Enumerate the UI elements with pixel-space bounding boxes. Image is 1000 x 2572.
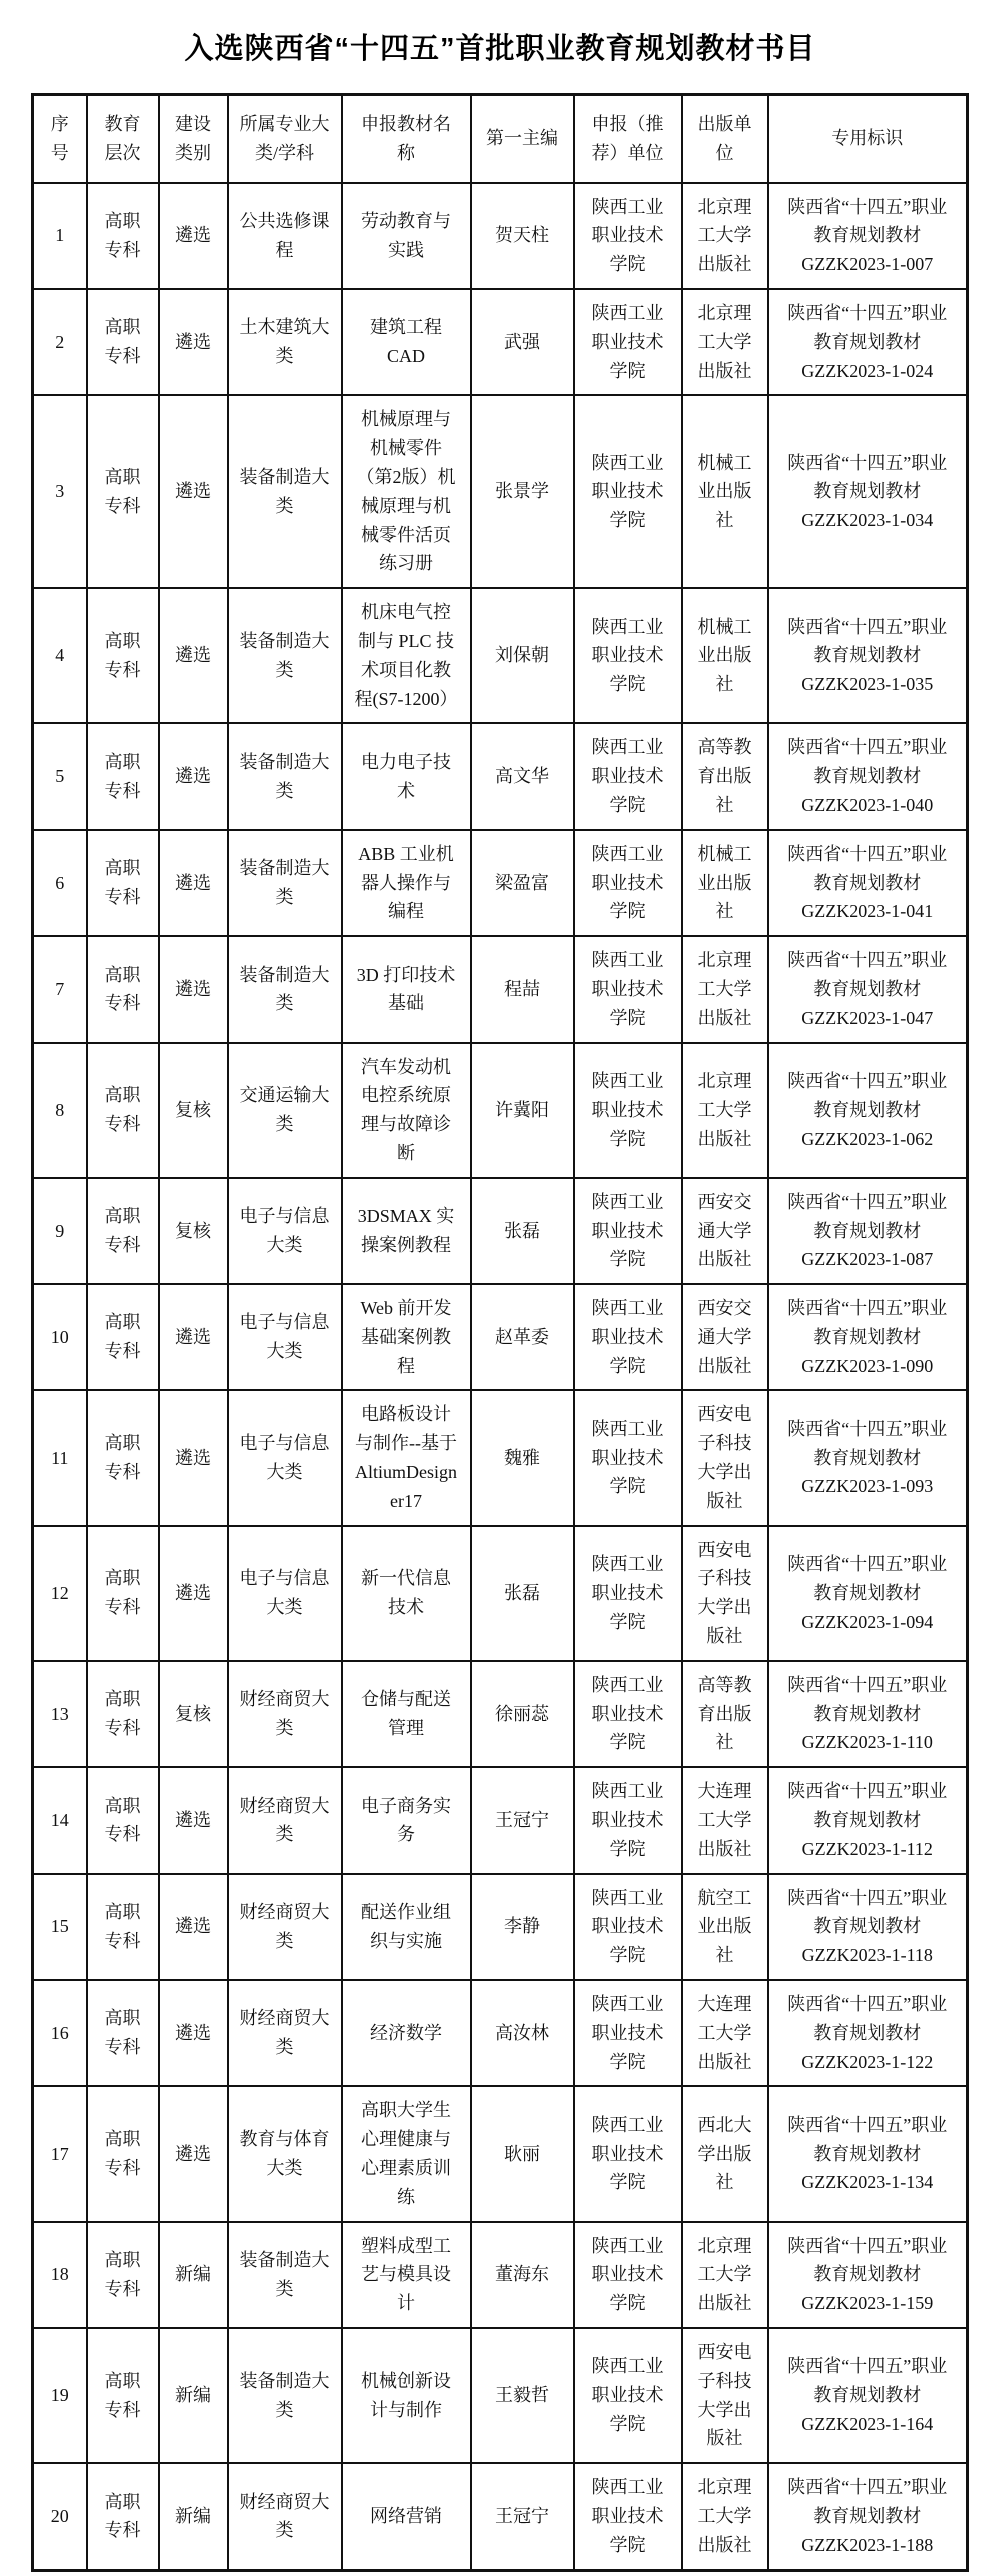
- cell-applying-unit: 陕西工业职业技术学院: [574, 1178, 682, 1284]
- cell-special-mark: 陕西省“十四五”职业教育规划教材GZZK2023-1-134: [768, 2086, 968, 2221]
- table-row: 4高职专科遴选装备制造大类机床电气控制与 PLC 技术项目化教程(S7-1200…: [33, 588, 968, 723]
- cell-major-category: 教育与体育大类: [228, 2086, 342, 2221]
- cell-publishing-unit: 大连理工大学出版社: [682, 1980, 768, 2086]
- cell-serial-number: 17: [33, 2086, 87, 2221]
- table-row: 5高职专科遴选装备制造大类电力电子技术高文华陕西工业职业技术学院高等教育出版社陕…: [33, 723, 968, 829]
- cell-textbook-name: 高职大学生心理健康与心理素质训练: [342, 2086, 471, 2221]
- cell-special-mark: 陕西省“十四五”职业教育规划教材GZZK2023-1-035: [768, 588, 968, 723]
- table-row: 16高职专科遴选财经商贸大类经济数学高汝林陕西工业职业技术学院大连理工大学出版社…: [33, 1980, 968, 2086]
- cell-applying-unit: 陕西工业职业技术学院: [574, 588, 682, 723]
- cell-serial-number: 15: [33, 1874, 87, 1980]
- cell-education-level: 高职专科: [87, 588, 159, 723]
- special-mark-text: 陕西省“十四五”职业教育规划教材: [787, 1071, 947, 1120]
- cell-serial-number: 4: [33, 588, 87, 723]
- cell-applying-unit: 陕西工业职业技术学院: [574, 289, 682, 395]
- table-row: 8高职专科复核交通运输大类汽车发动机电控系统原理与故障诊断许冀阳陕西工业职业技术…: [33, 1043, 968, 1178]
- cell-textbook-name: 机械原理与机械零件（第2版）机械原理与机械零件活页练习册: [342, 395, 471, 588]
- special-mark-text: 陕西省“十四五”职业教育规划教材: [787, 2236, 947, 2285]
- cell-major-category: 电子与信息大类: [228, 1284, 342, 1390]
- cell-textbook-name: 3DSMAX 实操案例教程: [342, 1178, 471, 1284]
- special-mark-code: GZZK2023-1-062: [785, 1125, 951, 1154]
- cell-publishing-unit: 北京理工大学出版社: [682, 183, 768, 289]
- cell-chief-editor: 张磊: [471, 1526, 574, 1661]
- cell-build-category: 新编: [159, 2463, 228, 2570]
- cell-education-level: 高职专科: [87, 395, 159, 588]
- cell-applying-unit: 陕西工业职业技术学院: [574, 2463, 682, 2570]
- table-row: 17高职专科遴选教育与体育大类高职大学生心理健康与心理素质训练耿丽陕西工业职业技…: [33, 2086, 968, 2221]
- special-mark-code: GZZK2023-1-035: [785, 670, 951, 699]
- cell-chief-editor: 高文华: [471, 723, 574, 829]
- special-mark-text: 陕西省“十四五”职业教育规划教材: [787, 1419, 947, 1468]
- header-applying-unit: 申报（推荐）单位: [574, 95, 682, 183]
- header-education-level: 教育层次: [87, 95, 159, 183]
- cell-chief-editor: 梁盈富: [471, 830, 574, 936]
- table-row: 13高职专科复核财经商贸大类仓储与配送管理徐丽蕊陕西工业职业技术学院高等教育出版…: [33, 1661, 968, 1767]
- cell-education-level: 高职专科: [87, 936, 159, 1042]
- cell-special-mark: 陕西省“十四五”职业教育规划教材GZZK2023-1-118: [768, 1874, 968, 1980]
- cell-textbook-name: 劳动教育与实践: [342, 183, 471, 289]
- cell-major-category: 装备制造大类: [228, 588, 342, 723]
- special-mark-code: GZZK2023-1-047: [785, 1004, 951, 1033]
- table-row: 7高职专科遴选装备制造大类3D 打印技术基础程喆陕西工业职业技术学院北京理工大学…: [33, 936, 968, 1042]
- cell-special-mark: 陕西省“十四五”职业教育规划教材GZZK2023-1-122: [768, 1980, 968, 2086]
- cell-major-category: 装备制造大类: [228, 936, 342, 1042]
- cell-build-category: 遴选: [159, 1874, 228, 1980]
- special-mark-text: 陕西省“十四五”职业教育规划教材: [787, 2115, 947, 2164]
- cell-education-level: 高职专科: [87, 2086, 159, 2221]
- cell-education-level: 高职专科: [87, 289, 159, 395]
- cell-build-category: 遴选: [159, 2086, 228, 2221]
- cell-major-category: 财经商贸大类: [228, 1661, 342, 1767]
- cell-publishing-unit: 大连理工大学出版社: [682, 1767, 768, 1873]
- table-row: 3高职专科遴选装备制造大类机械原理与机械零件（第2版）机械原理与机械零件活页练习…: [33, 395, 968, 588]
- cell-education-level: 高职专科: [87, 723, 159, 829]
- cell-major-category: 装备制造大类: [228, 395, 342, 588]
- cell-special-mark: 陕西省“十四五”职业教育规划教材GZZK2023-1-164: [768, 2328, 968, 2463]
- cell-chief-editor: 刘保朝: [471, 588, 574, 723]
- cell-publishing-unit: 北京理工大学出版社: [682, 289, 768, 395]
- cell-textbook-name: 塑料成型工艺与模具设计: [342, 2222, 471, 2328]
- cell-build-category: 遴选: [159, 588, 228, 723]
- header-textbook-name: 申报教材名称: [342, 95, 471, 183]
- cell-build-category: 新编: [159, 2222, 228, 2328]
- cell-chief-editor: 王冠宁: [471, 1767, 574, 1873]
- cell-textbook-name: 电路板设计与制作--基于AltiumDesigner17: [342, 1390, 471, 1525]
- cell-textbook-name: 新一代信息技术: [342, 1526, 471, 1661]
- cell-applying-unit: 陕西工业职业技术学院: [574, 1661, 682, 1767]
- cell-chief-editor: 许冀阳: [471, 1043, 574, 1178]
- special-mark-text: 陕西省“十四五”职业教育规划教材: [787, 1994, 947, 2043]
- cell-serial-number: 11: [33, 1390, 87, 1525]
- cell-major-category: 电子与信息大类: [228, 1390, 342, 1525]
- cell-education-level: 高职专科: [87, 183, 159, 289]
- cell-publishing-unit: 西安交通大学出版社: [682, 1284, 768, 1390]
- cell-textbook-name: Web 前开发基础案例教程: [342, 1284, 471, 1390]
- cell-build-category: 遴选: [159, 723, 228, 829]
- cell-education-level: 高职专科: [87, 1980, 159, 2086]
- cell-special-mark: 陕西省“十四五”职业教育规划教材GZZK2023-1-094: [768, 1526, 968, 1661]
- cell-special-mark: 陕西省“十四五”职业教育规划教材GZZK2023-1-090: [768, 1284, 968, 1390]
- header-major-category: 所属专业大类/学科: [228, 95, 342, 183]
- cell-special-mark: 陕西省“十四五”职业教育规划教材GZZK2023-1-188: [768, 2463, 968, 2570]
- special-mark-text: 陕西省“十四五”职业教育规划教材: [787, 617, 947, 666]
- cell-serial-number: 14: [33, 1767, 87, 1873]
- cell-major-category: 财经商贸大类: [228, 1874, 342, 1980]
- special-mark-text: 陕西省“十四五”职业教育规划教材: [787, 1675, 947, 1724]
- special-mark-text: 陕西省“十四五”职业教育规划教材: [787, 2356, 947, 2405]
- cell-education-level: 高职专科: [87, 2463, 159, 2570]
- cell-textbook-name: ABB 工业机器人操作与编程: [342, 830, 471, 936]
- cell-chief-editor: 程喆: [471, 936, 574, 1042]
- cell-education-level: 高职专科: [87, 1526, 159, 1661]
- cell-serial-number: 20: [33, 2463, 87, 2570]
- cell-publishing-unit: 北京理工大学出版社: [682, 2463, 768, 2570]
- special-mark-code: GZZK2023-1-134: [785, 2168, 951, 2197]
- cell-textbook-name: 经济数学: [342, 1980, 471, 2086]
- special-mark-text: 陕西省“十四五”职业教育规划教材: [787, 737, 947, 786]
- cell-publishing-unit: 北京理工大学出版社: [682, 1043, 768, 1178]
- special-mark-code: GZZK2023-1-041: [785, 897, 951, 926]
- cell-serial-number: 7: [33, 936, 87, 1042]
- cell-build-category: 遴选: [159, 936, 228, 1042]
- special-mark-code: GZZK2023-1-087: [785, 1245, 951, 1274]
- cell-applying-unit: 陕西工业职业技术学院: [574, 2328, 682, 2463]
- cell-applying-unit: 陕西工业职业技术学院: [574, 936, 682, 1042]
- cell-build-category: 复核: [159, 1661, 228, 1767]
- special-mark-code: GZZK2023-1-112: [785, 1835, 951, 1864]
- cell-chief-editor: 贺天柱: [471, 183, 574, 289]
- cell-build-category: 遴选: [159, 830, 228, 936]
- cell-chief-editor: 李静: [471, 1874, 574, 1980]
- special-mark-code: GZZK2023-1-090: [785, 1352, 951, 1381]
- cell-textbook-name: 网络营销: [342, 2463, 471, 2570]
- table-row: 11高职专科遴选电子与信息大类电路板设计与制作--基于AltiumDesigne…: [33, 1390, 968, 1525]
- cell-serial-number: 1: [33, 183, 87, 289]
- cell-publishing-unit: 西安电子科技大学出版社: [682, 1526, 768, 1661]
- cell-chief-editor: 张景学: [471, 395, 574, 588]
- cell-serial-number: 19: [33, 2328, 87, 2463]
- cell-major-category: 装备制造大类: [228, 830, 342, 936]
- cell-applying-unit: 陕西工业职业技术学院: [574, 1526, 682, 1661]
- cell-major-category: 交通运输大类: [228, 1043, 342, 1178]
- cell-major-category: 装备制造大类: [228, 2222, 342, 2328]
- cell-textbook-name: 3D 打印技术基础: [342, 936, 471, 1042]
- table-row: 10高职专科遴选电子与信息大类Web 前开发基础案例教程赵革委陕西工业职业技术学…: [33, 1284, 968, 1390]
- special-mark-text: 陕西省“十四五”职业教育规划教材: [787, 1888, 947, 1937]
- cell-build-category: 遴选: [159, 289, 228, 395]
- table-row: 19高职专科新编装备制造大类机械创新设计与制作王毅哲陕西工业职业技术学院西安电子…: [33, 2328, 968, 2463]
- table-row: 18高职专科新编装备制造大类塑料成型工艺与模具设计董海东陕西工业职业技术学院北京…: [33, 2222, 968, 2328]
- cell-publishing-unit: 北京理工大学出版社: [682, 936, 768, 1042]
- special-mark-text: 陕西省“十四五”职业教育规划教材: [787, 1554, 947, 1603]
- table-header: 序号 教育层次 建设类别 所属专业大类/学科 申报教材名称 第一主编 申报（推荐…: [33, 95, 968, 183]
- cell-chief-editor: 高汝林: [471, 1980, 574, 2086]
- cell-serial-number: 9: [33, 1178, 87, 1284]
- special-mark-code: GZZK2023-1-110: [785, 1728, 951, 1757]
- table-row: 1高职专科遴选公共选修课程劳动教育与实践贺天柱陕西工业职业技术学院北京理工大学出…: [33, 183, 968, 289]
- cell-textbook-name: 配送作业组织与实施: [342, 1874, 471, 1980]
- cell-publishing-unit: 高等教育出版社: [682, 1661, 768, 1767]
- header-special-mark: 专用标识: [768, 95, 968, 183]
- special-mark-code: GZZK2023-1-188: [785, 2531, 951, 2560]
- cell-chief-editor: 赵革委: [471, 1284, 574, 1390]
- cell-textbook-name: 电力电子技术: [342, 723, 471, 829]
- cell-chief-editor: 耿丽: [471, 2086, 574, 2221]
- cell-special-mark: 陕西省“十四五”职业教育规划教材GZZK2023-1-024: [768, 289, 968, 395]
- cell-special-mark: 陕西省“十四五”职业教育规划教材GZZK2023-1-087: [768, 1178, 968, 1284]
- cell-chief-editor: 张磊: [471, 1178, 574, 1284]
- special-mark-code: GZZK2023-1-159: [785, 2289, 951, 2318]
- cell-major-category: 装备制造大类: [228, 2328, 342, 2463]
- cell-publishing-unit: 高等教育出版社: [682, 723, 768, 829]
- special-mark-code: GZZK2023-1-024: [785, 357, 951, 386]
- cell-education-level: 高职专科: [87, 830, 159, 936]
- cell-applying-unit: 陕西工业职业技术学院: [574, 395, 682, 588]
- cell-serial-number: 6: [33, 830, 87, 936]
- cell-build-category: 遴选: [159, 1390, 228, 1525]
- cell-build-category: 遴选: [159, 395, 228, 588]
- cell-applying-unit: 陕西工业职业技术学院: [574, 2222, 682, 2328]
- cell-education-level: 高职专科: [87, 1284, 159, 1390]
- cell-publishing-unit: 机械工业出版社: [682, 588, 768, 723]
- cell-textbook-name: 汽车发动机电控系统原理与故障诊断: [342, 1043, 471, 1178]
- cell-build-category: 遴选: [159, 1980, 228, 2086]
- cell-education-level: 高职专科: [87, 1178, 159, 1284]
- cell-chief-editor: 王毅哲: [471, 2328, 574, 2463]
- cell-publishing-unit: 机械工业出版社: [682, 830, 768, 936]
- cell-publishing-unit: 机械工业出版社: [682, 395, 768, 588]
- table-row: 12高职专科遴选电子与信息大类新一代信息技术张磊陕西工业职业技术学院西安电子科技…: [33, 1526, 968, 1661]
- cell-applying-unit: 陕西工业职业技术学院: [574, 830, 682, 936]
- cell-special-mark: 陕西省“十四五”职业教育规划教材GZZK2023-1-093: [768, 1390, 968, 1525]
- cell-special-mark: 陕西省“十四五”职业教育规划教材GZZK2023-1-007: [768, 183, 968, 289]
- cell-publishing-unit: 西安电子科技大学出版社: [682, 1390, 768, 1525]
- book-table-body: 1高职专科遴选公共选修课程劳动教育与实践贺天柱陕西工业职业技术学院北京理工大学出…: [33, 183, 968, 2570]
- special-mark-code: GZZK2023-1-122: [785, 2048, 951, 2077]
- cell-applying-unit: 陕西工业职业技术学院: [574, 1043, 682, 1178]
- cell-build-category: 遴选: [159, 1284, 228, 1390]
- cell-special-mark: 陕西省“十四五”职业教育规划教材GZZK2023-1-047: [768, 936, 968, 1042]
- cell-serial-number: 16: [33, 1980, 87, 2086]
- cell-build-category: 遴选: [159, 1526, 228, 1661]
- cell-major-category: 土木建筑大类: [228, 289, 342, 395]
- document-page: 入选陕西省“十四五”首批职业教育规划教材书目 序号 教育层次 建设类别 所属专业…: [0, 0, 1000, 2572]
- cell-serial-number: 13: [33, 1661, 87, 1767]
- cell-education-level: 高职专科: [87, 1874, 159, 1980]
- cell-build-category: 新编: [159, 2328, 228, 2463]
- cell-education-level: 高职专科: [87, 1767, 159, 1873]
- cell-textbook-name: 仓储与配送管理: [342, 1661, 471, 1767]
- cell-special-mark: 陕西省“十四五”职业教育规划教材GZZK2023-1-034: [768, 395, 968, 588]
- special-mark-text: 陕西省“十四五”职业教育规划教材: [787, 1192, 947, 1241]
- special-mark-text: 陕西省“十四五”职业教育规划教材: [787, 197, 947, 246]
- cell-education-level: 高职专科: [87, 2222, 159, 2328]
- table-row: 9高职专科复核电子与信息大类3DSMAX 实操案例教程张磊陕西工业职业技术学院西…: [33, 1178, 968, 1284]
- cell-major-category: 财经商贸大类: [228, 1767, 342, 1873]
- cell-applying-unit: 陕西工业职业技术学院: [574, 1390, 682, 1525]
- special-mark-text: 陕西省“十四五”职业教育规划教材: [787, 1781, 947, 1830]
- table-row: 14高职专科遴选财经商贸大类电子商务实务王冠宁陕西工业职业技术学院大连理工大学出…: [33, 1767, 968, 1873]
- cell-special-mark: 陕西省“十四五”职业教育规划教材GZZK2023-1-062: [768, 1043, 968, 1178]
- cell-applying-unit: 陕西工业职业技术学院: [574, 183, 682, 289]
- cell-publishing-unit: 北京理工大学出版社: [682, 2222, 768, 2328]
- cell-publishing-unit: 西北大学出版社: [682, 2086, 768, 2221]
- table-row: 2高职专科遴选土木建筑大类建筑工程CAD武强陕西工业职业技术学院北京理工大学出版…: [33, 289, 968, 395]
- cell-applying-unit: 陕西工业职业技术学院: [574, 2086, 682, 2221]
- cell-special-mark: 陕西省“十四五”职业教育规划教材GZZK2023-1-110: [768, 1661, 968, 1767]
- table-row: 6高职专科遴选装备制造大类ABB 工业机器人操作与编程梁盈富陕西工业职业技术学院…: [33, 830, 968, 936]
- cell-special-mark: 陕西省“十四五”职业教育规划教材GZZK2023-1-041: [768, 830, 968, 936]
- header-build-category: 建设类别: [159, 95, 228, 183]
- cell-chief-editor: 王冠宁: [471, 2463, 574, 2570]
- cell-serial-number: 12: [33, 1526, 87, 1661]
- cell-chief-editor: 董海东: [471, 2222, 574, 2328]
- cell-applying-unit: 陕西工业职业技术学院: [574, 723, 682, 829]
- special-mark-text: 陕西省“十四五”职业教育规划教材: [787, 844, 947, 893]
- cell-major-category: 装备制造大类: [228, 723, 342, 829]
- header-publishing-unit: 出版单位: [682, 95, 768, 183]
- cell-applying-unit: 陕西工业职业技术学院: [574, 1284, 682, 1390]
- table-row: 15高职专科遴选财经商贸大类配送作业组织与实施李静陕西工业职业技术学院航空工业出…: [33, 1874, 968, 1980]
- cell-education-level: 高职专科: [87, 2328, 159, 2463]
- cell-chief-editor: 武强: [471, 289, 574, 395]
- special-mark-code: GZZK2023-1-007: [785, 250, 951, 279]
- cell-build-category: 遴选: [159, 1767, 228, 1873]
- cell-major-category: 电子与信息大类: [228, 1178, 342, 1284]
- special-mark-code: GZZK2023-1-034: [785, 506, 951, 535]
- header-serial-number: 序号: [33, 95, 87, 183]
- cell-serial-number: 8: [33, 1043, 87, 1178]
- cell-publishing-unit: 西安电子科技大学出版社: [682, 2328, 768, 2463]
- cell-textbook-name: 建筑工程CAD: [342, 289, 471, 395]
- table-row: 20高职专科新编财经商贸大类网络营销王冠宁陕西工业职业技术学院北京理工大学出版社…: [33, 2463, 968, 2570]
- special-mark-code: GZZK2023-1-040: [785, 791, 951, 820]
- cell-special-mark: 陕西省“十四五”职业教育规划教材GZZK2023-1-159: [768, 2222, 968, 2328]
- special-mark-code: GZZK2023-1-093: [785, 1472, 951, 1501]
- table-header-row: 序号 教育层次 建设类别 所属专业大类/学科 申报教材名称 第一主编 申报（推荐…: [33, 95, 968, 183]
- cell-major-category: 财经商贸大类: [228, 1980, 342, 2086]
- cell-chief-editor: 徐丽蕊: [471, 1661, 574, 1767]
- header-chief-editor: 第一主编: [471, 95, 574, 183]
- page-title: 入选陕西省“十四五”首批职业教育规划教材书目: [0, 26, 1000, 67]
- cell-education-level: 高职专科: [87, 1661, 159, 1767]
- cell-applying-unit: 陕西工业职业技术学院: [574, 1980, 682, 2086]
- cell-education-level: 高职专科: [87, 1390, 159, 1525]
- special-mark-code: GZZK2023-1-164: [785, 2410, 951, 2439]
- cell-special-mark: 陕西省“十四五”职业教育规划教材GZZK2023-1-040: [768, 723, 968, 829]
- cell-major-category: 财经商贸大类: [228, 2463, 342, 2570]
- cell-applying-unit: 陕西工业职业技术学院: [574, 1874, 682, 1980]
- cell-major-category: 电子与信息大类: [228, 1526, 342, 1661]
- cell-build-category: 遴选: [159, 183, 228, 289]
- cell-textbook-name: 机械创新设计与制作: [342, 2328, 471, 2463]
- cell-serial-number: 2: [33, 289, 87, 395]
- cell-serial-number: 18: [33, 2222, 87, 2328]
- cell-build-category: 复核: [159, 1178, 228, 1284]
- cell-education-level: 高职专科: [87, 1043, 159, 1178]
- cell-textbook-name: 电子商务实务: [342, 1767, 471, 1873]
- special-mark-text: 陕西省“十四五”职业教育规划教材: [787, 1298, 947, 1347]
- cell-major-category: 公共选修课程: [228, 183, 342, 289]
- cell-serial-number: 10: [33, 1284, 87, 1390]
- cell-special-mark: 陕西省“十四五”职业教育规划教材GZZK2023-1-112: [768, 1767, 968, 1873]
- special-mark-text: 陕西省“十四五”职业教育规划教材: [787, 453, 947, 502]
- special-mark-text: 陕西省“十四五”职业教育规划教材: [787, 2477, 947, 2526]
- special-mark-code: GZZK2023-1-118: [785, 1941, 951, 1970]
- textbook-table: 序号 教育层次 建设类别 所属专业大类/学科 申报教材名称 第一主编 申报（推荐…: [31, 93, 969, 2572]
- special-mark-code: GZZK2023-1-094: [785, 1608, 951, 1637]
- special-mark-text: 陕西省“十四五”职业教育规划教材: [787, 303, 947, 352]
- cell-serial-number: 3: [33, 395, 87, 588]
- cell-applying-unit: 陕西工业职业技术学院: [574, 1767, 682, 1873]
- cell-publishing-unit: 航空工业出版社: [682, 1874, 768, 1980]
- cell-chief-editor: 魏雅: [471, 1390, 574, 1525]
- cell-build-category: 复核: [159, 1043, 228, 1178]
- special-mark-text: 陕西省“十四五”职业教育规划教材: [787, 950, 947, 999]
- cell-textbook-name: 机床电气控制与 PLC 技术项目化教程(S7-1200）: [342, 588, 471, 723]
- cell-publishing-unit: 西安交通大学出版社: [682, 1178, 768, 1284]
- cell-serial-number: 5: [33, 723, 87, 829]
